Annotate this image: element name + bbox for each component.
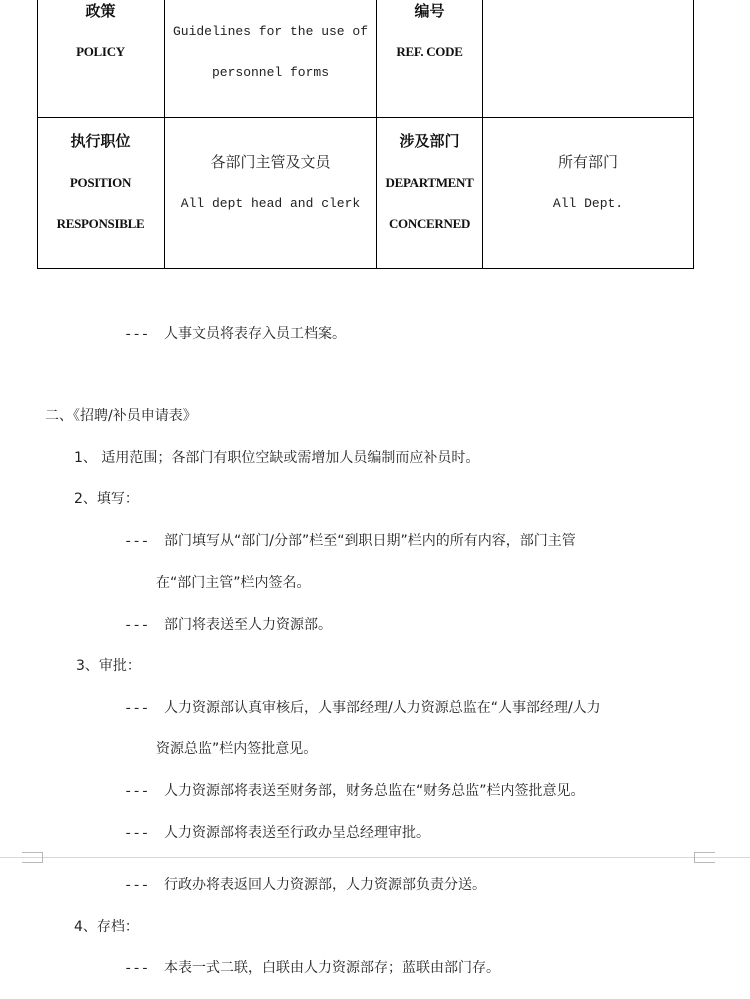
list-item-continuation: 资源总监”栏内签批意见。 [156,738,317,758]
bullet-dash: --- [124,327,164,343]
section-title: 二、《招聘/补员申请表》 [45,405,197,425]
table-row-divider [37,117,694,118]
ref-code-label-en: REF. CODE [377,44,482,60]
position-value-cn: 各部门主管及文员 [165,151,376,172]
table-border-right [693,0,694,269]
position-label-en-1: POSITION [37,175,164,191]
list-item: ---行政办将表返回人力资源部，人力资源部负责分送。 [124,874,486,894]
list-item: ---人力资源部认真审核后，人事部经理/人力资源总监在“人事部经理/人力 [124,697,601,717]
bullet-dash: --- [124,826,164,842]
policy-value-line1: Guidelines for the use of [165,24,376,39]
list-item: ---部门填写从“部门/分部”栏至“到职日期”栏内的所有内容，部门主管 [124,530,576,550]
list-item-continuation: 在“部门主管”栏内签名。 [156,572,311,592]
list-item: ---部门将表送至人力资源部。 [124,614,332,634]
bullet-dash: --- [124,878,164,894]
numbered-item-3: 3、审批： [76,655,141,675]
bullet-dash: --- [124,618,164,634]
ref-code-label-cn: 编号 [377,0,482,21]
table-border-bottom [37,268,694,269]
numbered-item-2: 2、填写： [74,488,139,508]
list-item: ---人力资源部将表送至财务部，财务总监在“财务总监”栏内签批意见。 [124,780,585,800]
page-corner-mark-left [22,852,43,863]
policy-label-en: POLICY [37,44,164,60]
policy-value-line2: personnel forms [165,65,376,80]
bullet-dash: --- [124,961,164,977]
list-item: ---人力资源部将表送至行政办呈总经理审批。 [124,822,430,842]
department-value-en: All Dept. [483,196,693,211]
position-value-en: All dept head and clerk [165,196,376,211]
department-label-en-1: DEPARTMENT [377,175,482,191]
policy-label-cn: 政策 [37,0,164,21]
department-label-cn: 涉及部门 [377,130,482,151]
numbered-item-1: 1、 适用范围；各部门有职位空缺或需增加人员编制而应补员时。 [74,447,479,467]
bullet-dash: --- [124,784,164,800]
list-item: ---人事文员将表存入员工档案。 [124,323,346,343]
position-label-cn: 执行职位 [37,130,164,151]
bullet-dash: --- [124,701,164,717]
department-label-en-2: CONCERNED [377,216,482,232]
bullet-dash: --- [124,534,164,550]
page-break-line [0,857,750,858]
position-label-en-2: RESPONSIBLE [37,216,164,232]
numbered-item-4: 4、存档： [74,916,139,936]
table-divider [164,0,165,269]
table-divider [482,0,483,269]
page-corner-mark-right [694,852,715,863]
department-value-cn: 所有部门 [483,151,693,172]
policy-header-table: 政策 POLICY Guidelines for the use of pers… [37,0,693,269]
list-item: ---本表一式二联，白联由人力资源部存；蓝联由部门存。 [124,957,500,977]
